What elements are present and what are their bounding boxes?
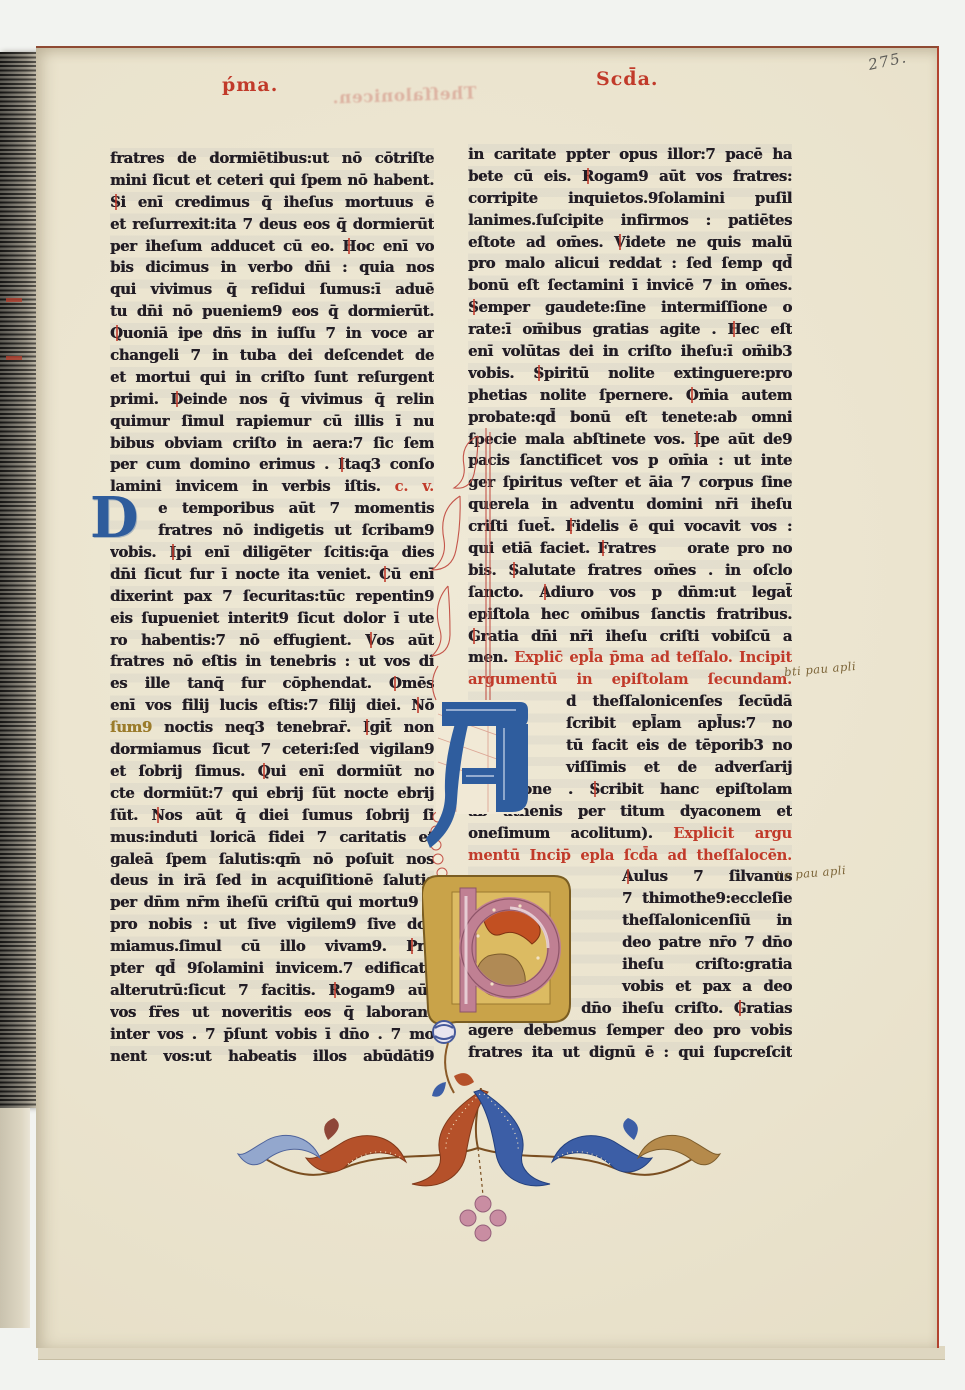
text-line: querela in adventu domini nr̄i iheſu: [468, 494, 792, 516]
text-line: deus in irā ſed in acquiſitionē ſalutis: [110, 870, 434, 892]
running-head-prima: ṕma.: [222, 74, 278, 96]
text-line: quimur ſimul rapiemur cū illis ī nu: [110, 411, 434, 433]
text-line: men. Explic̄ epl̄a p̄ma ad teſſalo. Inci…: [468, 647, 792, 669]
text-line: inter vos . 7 p̄ſunt vobis ī dn̄o . 7 mo: [110, 1024, 434, 1046]
text-line: es ille tanq̄ fur cōphendat. Omēs: [110, 673, 434, 695]
manuscript-photo: 275. ṕma. Theſſalonicen. Scd̄a. fratres …: [0, 0, 965, 1390]
margin-note-upper: bti pau apli: [784, 659, 857, 679]
illuminated-initial-a: [426, 694, 530, 854]
text-line: Si enī credimus q̄ iheſus mortuus ē: [110, 192, 434, 214]
text-line: ro habentis:7 nō effugient. Vos aūt: [110, 630, 434, 652]
text-line: primi. Deinde nos q̄ vivimus q̄ relin: [110, 389, 434, 411]
text-line: eis ſupueniet interit9 ſicut dolor ī ute: [110, 608, 434, 630]
initial-p-letter: P: [36, 48, 37, 49]
text-line: Semper gaudete:ſine intermiſſione o: [468, 297, 792, 319]
text-line: mus:induti loricā fidei 7 caritatis et: [110, 827, 434, 849]
text-line: per dn̄m nr̄m iheſū criſtū qui mortu9 ē: [110, 892, 434, 914]
text-line: qui vivimus q̄ reſidui ſumus:ī aduē: [110, 279, 434, 301]
text-line: bete cū eis. Rogam9 aūt vos fratres:: [468, 166, 792, 188]
text-line: dixerint pax 7 ſecuritas:tūc repentin9: [110, 586, 434, 608]
text-line: lanimes.ſuſcipite infirmos : patiētes: [468, 210, 792, 232]
text-line: bis. Salutate fratres om̄es . in oſclo: [468, 560, 792, 582]
text-line: fratres nō indigetis ut ſcribam9: [110, 520, 434, 542]
text-line: tu dn̄i nō pueniem9 eos q̄ dormierūt.: [110, 301, 434, 323]
text-line: cte dormiūt:7 qui ebrij ſūt nocte ebrij: [110, 783, 434, 805]
text-line: qui etiā faciet. Fratres orate pro no: [468, 538, 792, 560]
book-fore-edge: [0, 52, 37, 1108]
text-line: mini ſicut et ceteri qui ſpem nō habent.: [110, 170, 434, 192]
text-line: vobis. Ipi enī diligēter ſcitis:q̄a dies: [110, 542, 434, 564]
text-line: ſancto. Adiuro vos p dn̄m:ut legat̄: [468, 582, 792, 604]
parchment-page: 275. ṕma. Theſſalonicen. Scd̄a. fratres …: [36, 46, 939, 1348]
text-line: corripite inquietos.9ſolamini puſil: [468, 188, 792, 210]
text-line: criſti ſuet̄. Fidelis ē qui vocavit vos …: [468, 516, 792, 538]
text-line: et mortui qui in criſto ſunt reſurgent: [110, 367, 434, 389]
text-line: bis dicimus in verbo dn̄i : quia nos: [110, 257, 434, 279]
text-line: ſūt. Nos aūt q̄ diei ſumus ſobrij ſi: [110, 805, 434, 827]
text-line: per cum domino erimus . Itaq3 conſo: [110, 454, 434, 476]
text-line: galeā ſpem ſalutis:qm̄ nō poſuit nos: [110, 849, 434, 871]
text-line: enī volūtas dei in criſto iheſu:ī om̄ib3: [468, 341, 792, 363]
initial-a-letter: A: [36, 48, 37, 49]
text-line: phetias nolite ſpernere. Om̄ia autem: [468, 385, 792, 407]
text-line: vos fr̄es ut noveritis eos q̄ laborant: [110, 1002, 434, 1024]
text-line: pacis ſanctificet vos p om̄ia : ut inte: [468, 450, 792, 472]
text-line: rate:ī om̄ibus gratias agite . Hec eſt: [468, 319, 792, 341]
text-line: bonū eſt ſectamini ī invicē 7 in om̄es.: [468, 275, 792, 297]
illuminated-initial-d: D: [90, 492, 139, 544]
text-line: Gratia dn̄i nr̄i iheſu criſti vobiſcū a: [468, 626, 792, 648]
text-line: dn̄i ſicut fur ī nocte ita veniet. Cū en…: [110, 564, 434, 586]
text-line: pro malo alicui reddat : ſed ſemp qd̄: [468, 253, 792, 275]
text-line: lamini invicem in verbis iſtis. c. v.: [110, 476, 434, 498]
folio-number: 275.: [867, 48, 909, 74]
text-line: epiſtola hec om̄ibus ſanctis fratribus.: [468, 604, 792, 626]
text-line: ſum9 noctis neq3 tenebrar̄. Igit̄ non: [110, 717, 434, 739]
text-line: eſtote ad om̄es. Videte ne quis malū: [468, 232, 792, 254]
text-line: fratres de dormiētibus:ut nō cōtriſte: [110, 148, 434, 170]
text-line: pro nobis : ut ſive vigilem9 ſive dor: [110, 914, 434, 936]
text-line: changeli 7 in tuba dei deſcendet de celo…: [110, 345, 434, 367]
text-column-left: fratres de dormiētibus:ut nō cōtriſtemin…: [110, 148, 434, 1067]
underlying-pages-edge: [0, 1108, 30, 1328]
text-line: argumentū in epiſtolam ſecundam.: [468, 669, 792, 691]
text-line: enī vos filij lucis eſtis:7 filij diei. …: [110, 695, 434, 717]
text-line: vobis. Spiritū nolite extinguere:pro: [468, 363, 792, 385]
text-line: probate:qd̄ bonū eſt tenete:ab omni: [468, 407, 792, 429]
text-line: pter qd̄ 9ſolamini invicem.7 edificate: [110, 958, 434, 980]
text-line: ſpecie mala abſtinete vos. Ipe aūt de9: [468, 429, 792, 451]
fore-edge-rubric-mark: [6, 356, 22, 360]
text-line: dormiamus ſicut 7 ceteri:ſed vigilan9: [110, 739, 434, 761]
text-line: nent vos:ut habeatis illos abūdāti9: [110, 1046, 434, 1068]
foliate-ornament: [236, 1088, 726, 1263]
page-bottom-edge: [38, 1346, 945, 1360]
text-line: et reſurrexit:ita 7 deus eos q̄ dormierū…: [110, 214, 434, 236]
text-line: alterutrū:ſicut 7 facitis. Rogam9 aūt: [110, 980, 434, 1002]
text-line: in caritate ppter opus illor:7 pacē ha: [468, 144, 792, 166]
text-line: per iheſum adducet cū eo. Hoc enī vo: [110, 236, 434, 258]
text-line: fratres nō eſtis in tenebris : ut vos di: [110, 651, 434, 673]
running-head-secunda: Scd̄a.: [596, 68, 659, 90]
text-line: et ſobrij ſimus. Qui enī dormiūt no: [110, 761, 434, 783]
text-line: miamus.ſimul cū illo vivam9. Pro: [110, 936, 434, 958]
text-line: ger ſpiritus veſter et āia 7 corpus ſine: [468, 472, 792, 494]
text-line: bibus obviam criſto in aera:7 ſic ſem: [110, 433, 434, 455]
bleedthrough-title: Theſſalonicen.: [332, 83, 477, 108]
illuminated-initial-p: [422, 866, 580, 1098]
fore-edge-rubric-mark: [6, 298, 22, 302]
text-line: Quoniā ipe dn̄s in iuſſu 7 in voce ar: [110, 323, 434, 345]
text-line: e temporibus aūt 7 momentis: [110, 498, 434, 520]
